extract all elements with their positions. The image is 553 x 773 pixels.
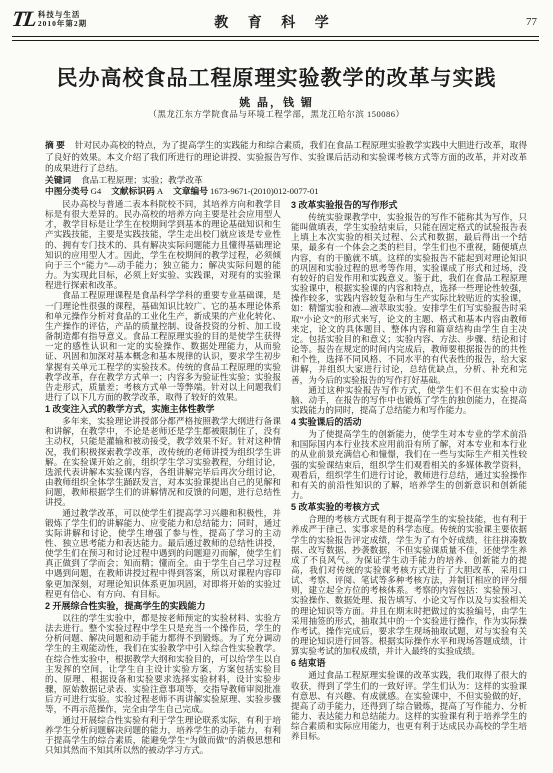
keywords-text: 食品工程原理；实验；教学改革 (81, 175, 203, 185)
keywords-label: 关键词 (45, 175, 71, 185)
paragraph: 通过食品工程原理实验课的改革实践，我们取得了很大的收获，得到了学生们的一致好评。… (291, 670, 527, 741)
clc-label: 中图分类号 (45, 186, 88, 196)
paragraph: 通过这种实验报告写作方式，使学生们不但在实验中动脑、动手，在报告的写作中也锻炼了… (291, 385, 527, 415)
abstract-text: 针对民办高校的特点，为了提高学生的实践能力和综合素质，我们在食品工程原理实验教学… (45, 140, 527, 173)
paragraph: 合理的考核方式既有利于提高学生的实验技能，也有利于养成严于律己、实事求是的科学态… (291, 514, 527, 656)
section-title: 教 育 科 学 (12, 12, 539, 32)
paragraph: 以往的学生实验中，都是按老师预定的实验材料、实验方法去进行。整个实验过程中学生只… (45, 613, 281, 715)
article-body: 民办高校与普通二表本科院校不同，其培养方向和教学目标是有很大差异的。民办高校的培… (45, 199, 527, 765)
page-number: 77 (526, 16, 537, 28)
abstract-label: 摘 要 (45, 140, 65, 150)
section-heading-6: 6 结束语 (291, 657, 527, 669)
section-heading-4: 4 实验课后的活动 (291, 416, 527, 428)
abstract-row: 摘 要针对民办高校的特点，为了提高学生的实践能力和综合素质，我们在食品工程原理实… (45, 140, 527, 175)
section-heading-5: 5 改革实验的考核方式 (291, 501, 527, 513)
paragraph: 通过教学改革，可以使学生们提高学习兴趣和积极性，并锻炼了学生们的讲解能力、应变能… (45, 508, 281, 599)
keywords-row: 关键词食品工程原理；实验；教学改革 (45, 175, 527, 187)
header-rule (12, 36, 539, 41)
article-id-value: 1673-9671-(2010)012-0077-01 (210, 186, 319, 196)
section-heading-1: 1 改变注入式的教学方式，实施主体性教学 (45, 403, 281, 415)
paragraph: 多年来，实验理论讲授部分都严格按照教学大纲进行备课和讲解，在教学中，不论是老师还… (45, 416, 281, 507)
doc-code-label: 文献标识码 (111, 186, 154, 196)
doc-code-value: A (157, 186, 163, 196)
classification-row: 中图分类号 G4文献标识码 A文章编号 1673-9671-(2010)012-… (45, 186, 527, 198)
clc-value: G4 (91, 186, 102, 196)
article-id-label: 文章编号 (173, 186, 208, 196)
page-header: TL 科技与生活 2010年第2期 教 育 科 学 77 (12, 8, 539, 34)
paragraph: 食品工程原理课程是食品科学学科的重要专业基础课，是一门理论性很强的课程，基础知识… (45, 290, 281, 402)
paragraph: 传统实验课教学中，实验报告的写作不能称其为写作，只能叫做填表，学生实验结束后，只… (291, 212, 527, 385)
section-heading-2: 2 开展综合性实验，提高学生的实践能力 (45, 600, 281, 612)
paragraph: 民办高校与普通二表本科院校不同，其培养方向和教学目标是有很大差异的。民办高校的培… (45, 199, 281, 290)
section-heading-3: 3 改革实验报告的写作形式 (291, 199, 527, 211)
abstract-block: 摘 要针对民办高校的特点，为了提高学生的实践能力和综合素质，我们在食品工程原理实… (45, 140, 527, 198)
affiliation: （黑龙江东方学院食品与环境工程学部，黑龙江哈尔滨 150086） (0, 108, 553, 120)
paper-title: 民办高校食品工程原理实验教学的改革与实践 (20, 62, 533, 92)
paragraph: 为了使提高学生的创新能力，使学生对本专业的学术前沿和国际国内本行业技术应用前沿有… (291, 429, 527, 500)
paragraph: 通过开展综合性实验有利于学生理论联系实际，有利于培养学生分析问题解决问题的能力，… (45, 715, 281, 756)
